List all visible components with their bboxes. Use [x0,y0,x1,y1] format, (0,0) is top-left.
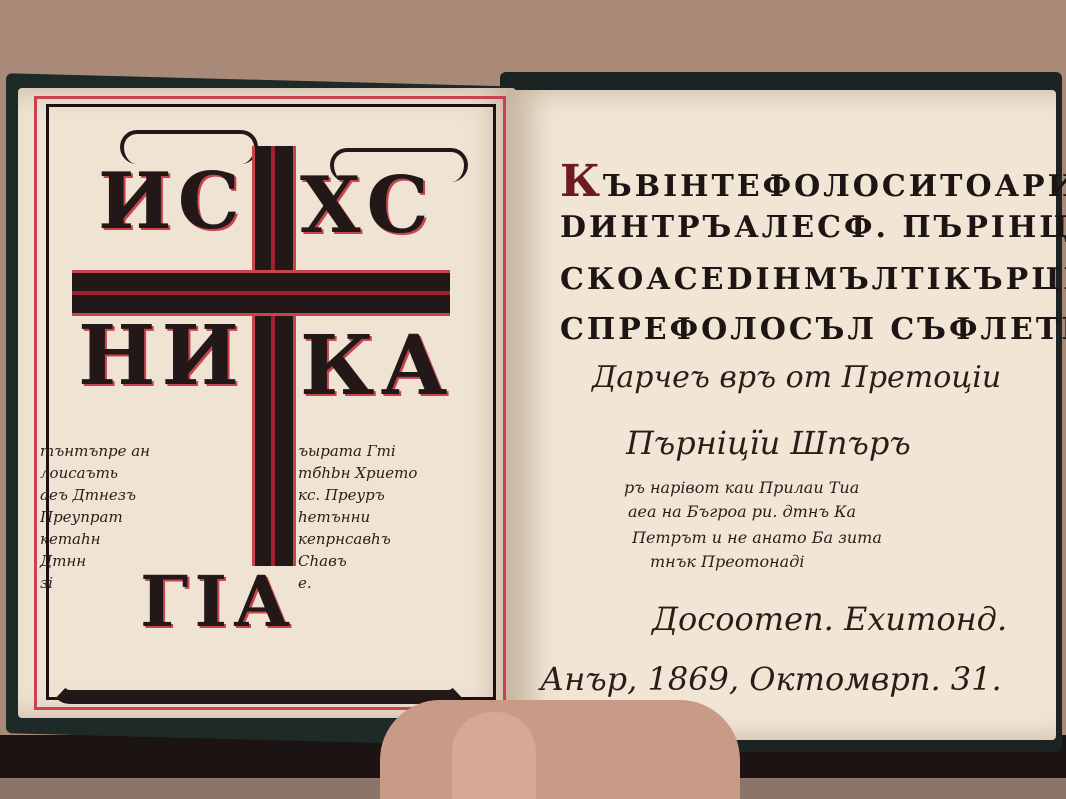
script-line: зі [40,572,230,594]
script-line: ъырата Гті [298,440,488,462]
title-line-3: СКОАСЕDІНМЪЛТІКЪРЦИ [560,262,1066,297]
monogram-ni: НИ [78,308,245,404]
date-line: Анър, 1869, Октомврп. 31. [540,660,1002,698]
signature-line: Досоотеп. Ехитонд. [652,600,1007,638]
script-line: Преупрат [40,506,230,528]
monogram-ka: КА [300,318,453,414]
script-line: аеъ Дтнезъ [40,484,230,506]
monogram-ic: ИС [98,156,246,247]
script-line: кс. Преуръ [298,484,488,506]
script-line-7: ръ нарівот каи Прилаи Тиа [624,478,859,497]
script-line: е. [298,572,488,594]
title-line-2: DИНТРЪАЛЕСФ. ПЪРІНЦИ [560,210,1066,245]
left-script-block: тънтъпре ан лоисаъть аеъ Дтнезъ Преупрат… [40,440,230,594]
thumb [452,712,536,799]
script-line: кетаhн [40,528,230,550]
monogram-xc: ХС [300,160,435,251]
title-line-1-text: ЪВІНТЕФОЛОСИТОАРИ [603,169,1066,204]
title-line-4: СПРЕФОЛОСЪЛ СЪФЛЕТЕСК. [560,312,1066,347]
hand [380,700,740,799]
script-line: кепрнсавhъ [298,528,488,550]
script-line-6: Пърніцїи Шпъръ [626,424,911,462]
script-line-10: тнък Преотонаді [650,552,804,571]
script-line: тънтъпре ан [40,440,230,462]
script-line: Дтнн [40,550,230,572]
script-line-8: аеа на Бъгроа ри. дтнъ Ка [628,502,856,521]
script-line-5: Дарчеъ връ от Претоціи [592,360,1001,395]
script-line: тбhbн Хрието [298,462,488,484]
right-script-block: ъырата Гті тбhbн Хрието кс. Преуръ hетън… [298,440,488,594]
drop-initial: К [560,156,603,207]
script-line: Сhавъ [298,550,488,572]
script-line: лоисаъть [40,462,230,484]
cross-vertical-beam [252,146,296,566]
script-line-9: Петрът и не анато Ба зита [632,528,882,547]
script-line: hетънни [298,506,488,528]
title-line-1: КЪВІНТЕФОЛОСИТОАРИ [560,156,1066,207]
